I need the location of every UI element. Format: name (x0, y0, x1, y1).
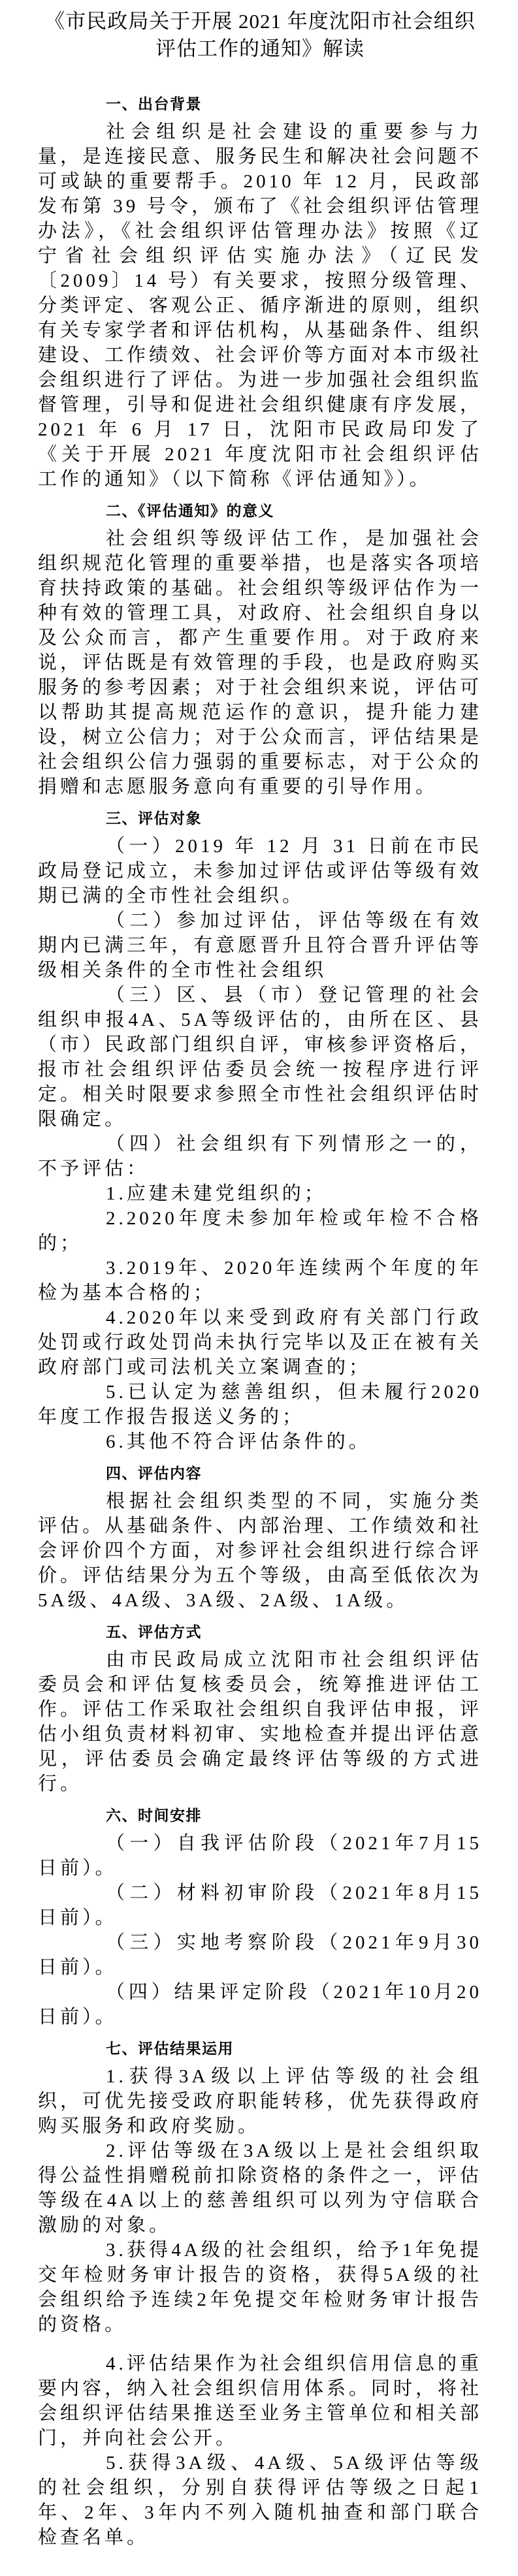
section-heading: 一、出台背景 (38, 91, 482, 116)
paragraph: 根据社会组织类型的不同，实施分类评估。从基础条件、内部治理、工作绩效和社会评价四… (38, 1489, 482, 1613)
document-section-1: 一、出台背景社会组织是社会建设的重要参与力量，是连接民意、服务民生和解决社会问题… (38, 91, 482, 492)
document-section-3: 三、评估对象（一）2019 年 12 月 31 日前在市民政局登记成立，未参加过… (38, 806, 482, 1454)
section-heading: 五、评估方式 (38, 1619, 482, 1644)
document-section-6: 六、时间安排（一）自我评估阶段（2021年7月15日前）。（二）材料初审阶段（2… (38, 1803, 482, 2029)
paragraph: （四）结果评定阶段（2021年10月20日前）。 (38, 1980, 482, 2029)
paragraph: 4.评估结果作为社会组织信用信息的重要内容，纳入社会组织信用体系。同时，将社会组… (38, 2351, 482, 2451)
paragraph: （一）自我评估阶段（2021年7月15日前）。 (38, 1831, 482, 1881)
section-heading: 二、《评估通知》的意义 (38, 498, 482, 523)
paragraph: 社会组织是社会建设的重要参与力量，是连接民意、服务民生和解决社会问题不可或缺的重… (38, 119, 482, 492)
paragraph: 1.应建未建党组织的； (38, 1181, 482, 1206)
document-title: 《市民政局关于开展 2021 年度沈阳市社会组织评估工作的通知》解读 (40, 8, 479, 63)
paragraph: （二）材料初审阶段（2021年8月15日前）。 (38, 1881, 482, 1930)
paragraph: 3.获得4A级的社会组织，给予1年免提交年检财务审计报告的资格，获得5A级的社会… (38, 2238, 482, 2337)
section-heading: 六、时间安排 (38, 1803, 482, 1828)
paragraph: 5.获得3A级、4A级、5A级评估等级的社会组织，分别自获得评估等级之日起1年、… (38, 2451, 482, 2550)
paragraph: 6.其他不符合评估条件的。 (38, 1429, 482, 1454)
paragraph: （二）参加过评估，评估等级在有效期内已满三年，有意愿晋升且符合晋升评估等级相关条… (38, 908, 482, 983)
paragraph: 5.已认定为慈善组织，但未履行2020年度工作报告报送义务的； (38, 1380, 482, 1429)
section-heading: 四、评估内容 (38, 1461, 482, 1486)
document-section-5: 五、评估方式由市民政局成立沈阳市社会组织评估委员会和评估复核委员会，统筹推进评估… (38, 1619, 482, 1796)
paragraph: （三）实地考察阶段（2021年9月30日前）。 (38, 1930, 482, 1980)
paragraph: （三）区、县（市）登记管理的社会组织申报4A、5A等级评估的，由所在区、县（市）… (38, 983, 482, 1132)
paragraph: 由市民政局成立沈阳市社会组织评估委员会和评估复核委员会，统筹推进评估工作。评估工… (38, 1647, 482, 1796)
document-page: 《市民政局关于开展 2021 年度沈阳市社会组织评估工作的通知》解读 一、出台背… (0, 0, 518, 2576)
section-heading: 七、评估结果运用 (38, 2036, 482, 2061)
paragraph: 2.2020年度未参加年检或年检不合格的； (38, 1206, 482, 1256)
paragraph: 2.评估等级在3A级以上是社会组织取得公益性捐赠税前扣除资格的条件之一，评估等级… (38, 2139, 482, 2238)
document-section-7: 七、评估结果运用1.获得3A级以上评估等级的社会组织，可优先接受政府职能转移，优… (38, 2036, 482, 2550)
document-body: 一、出台背景社会组织是社会建设的重要参与力量，是连接民意、服务民生和解决社会问题… (38, 91, 482, 2550)
paragraph: 1.获得3A级以上评估等级的社会组织，可优先接受政府职能转移，优先获得政府购买服… (38, 2064, 482, 2139)
paragraph: 4.2020年以来受到政府有关部门行政处罚或行政处罚尚未执行完毕以及正在被有关政… (38, 1305, 482, 1380)
document-section-4: 四、评估内容根据社会组织类型的不同，实施分类评估。从基础条件、内部治理、工作绩效… (38, 1461, 482, 1613)
document-section-2: 二、《评估通知》的意义社会组织等级评估工作，是加强社会组织规范化管理的重要举措，… (38, 498, 482, 799)
section-heading: 三、评估对象 (38, 806, 482, 831)
paragraph: （四）社会组织有下列情形之一的，不予评估： (38, 1132, 482, 1181)
paragraph: （一）2019 年 12 月 31 日前在市民政局登记成立，未参加过评估或评估等… (38, 834, 482, 908)
paragraph: 3.2019年、2020年连续两个年度的年检为基本合格的； (38, 1256, 482, 1305)
paragraph: 社会组织等级评估工作，是加强社会组织规范化管理的重要举措，也是落实各项培育扶持政… (38, 526, 482, 799)
